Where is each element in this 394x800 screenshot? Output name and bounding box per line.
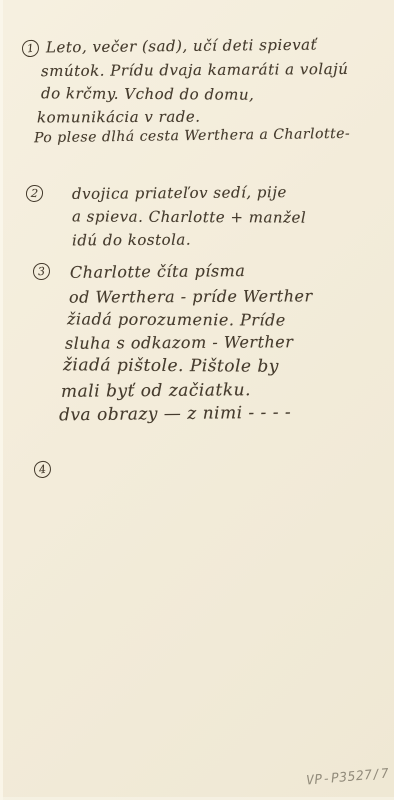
handwritten-line: smútok. Prídu dvaja kamaráti a volajú <box>41 60 349 80</box>
handwritten-line: žiadá pištole. Pištole by <box>63 355 279 377</box>
handwritten-line: Leto, večer (sad), učí deti spievať <box>46 36 317 57</box>
handwritten-line: Po plese dlhá cesta Werthera a Charlotte… <box>34 126 350 146</box>
section-number-badge-3: 3 <box>32 262 50 280</box>
section-number-badge-2: 2 <box>25 184 43 202</box>
handwritten-line: komunikácia v rade. <box>37 108 201 127</box>
handwritten-line: idú do kostola. <box>72 231 191 250</box>
handwritten-line: žiadá porozumenie. Príde <box>67 309 286 329</box>
handwritten-line: mali byť od začiatku. <box>61 380 251 402</box>
section-number-badge-4: 4 <box>33 460 52 479</box>
handwritten-line: do krčmy. Vchod do domu, <box>41 84 254 103</box>
manuscript-page: 1 Leto, večer (sad), učí deti spievať sm… <box>0 0 394 800</box>
handwritten-line: Charlotte číta písma <box>70 261 246 282</box>
handwritten-line: dva obrazy — z nimi - - - - <box>59 403 291 426</box>
catalog-number: VP-P3527/7 <box>306 766 390 788</box>
handwritten-line: a spieva. Charlotte + manžel <box>72 207 306 226</box>
handwritten-line: sluha s odkazom - Werther <box>65 332 294 353</box>
section-number-badge-1: 1 <box>21 39 40 58</box>
handwritten-line: dvojica priateľov sedí, pije <box>72 183 287 203</box>
handwritten-line: od Werthera - príde Werther <box>69 286 313 306</box>
